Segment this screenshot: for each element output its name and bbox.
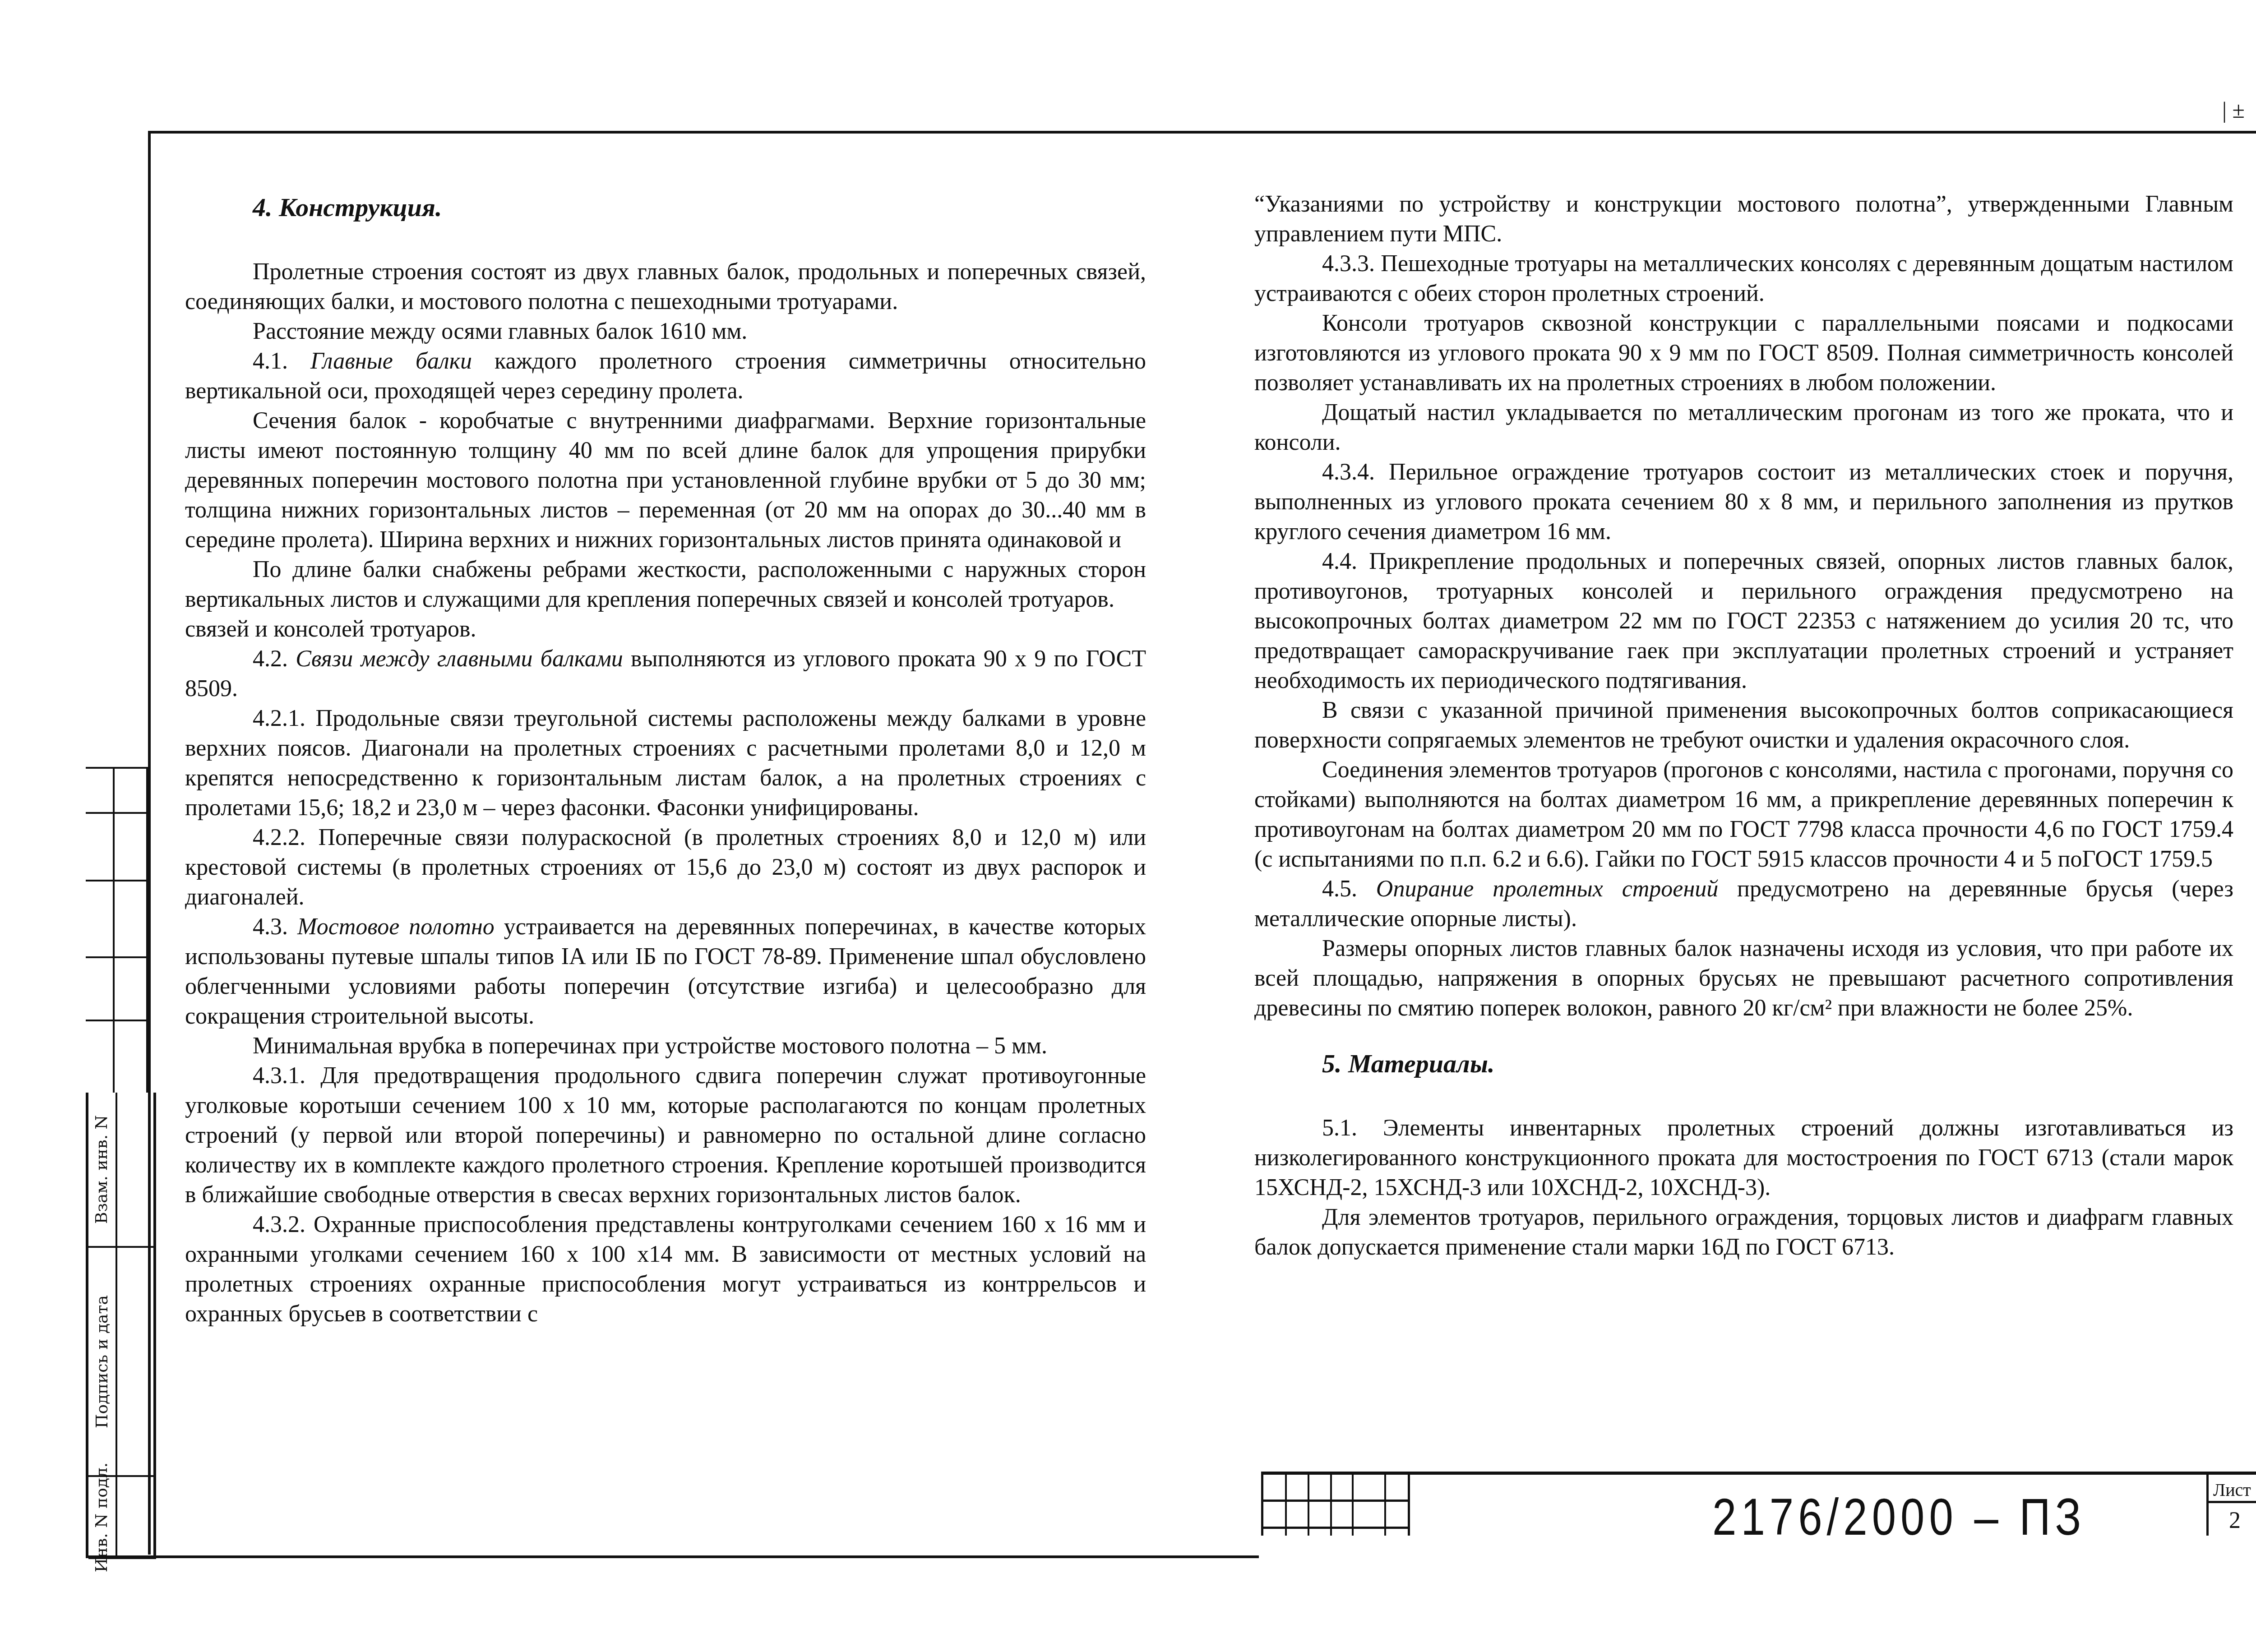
frame-bottom-line: [86, 1555, 1259, 1558]
sheet-number: 2: [2229, 1507, 2241, 1534]
paragraph: Пролетные строения состоят из двух главн…: [185, 257, 1146, 317]
revision-grid: [1261, 1475, 1410, 1536]
paragraph-4-3-2: 4.3.2. Охранные приспособления представл…: [185, 1210, 1146, 1329]
paragraph-4-3-4: 4.3.4. Перильное ограждение тротуаров со…: [1254, 457, 2233, 547]
paragraph: В связи с указанной причиной применения …: [1254, 696, 2233, 755]
document-code: 2176/2000 – ПЗ: [1712, 1488, 2086, 1547]
corner-mark: | ±: [2222, 97, 2245, 123]
paragraph: Для элементов тротуаров, перильного огра…: [1254, 1203, 2233, 1262]
stamp-cell-original-inv: Инв. N подл.: [88, 1477, 117, 1559]
paragraph-4-2-2: 4.2.2. Поперечные связи полураскосной (в…: [185, 823, 1146, 912]
paragraph-4-2-1: 4.2.1. Продольные связи треугольной сист…: [185, 704, 1146, 823]
paragraph: “Указаниями по устройству и конструкции …: [1254, 189, 2233, 249]
paragraph-4-3-3: 4.3.3. Пешеходные тротуары на металличес…: [1254, 249, 2233, 309]
paragraph: По длине балки снабжены ребрами жесткост…: [185, 555, 1146, 614]
paragraph: Размеры опорных листов главных балок наз…: [1254, 934, 2233, 1023]
section-5-heading: 5. Материалы.: [1322, 1046, 2233, 1082]
paragraph: Минимальная врубка в поперечинах при уст…: [185, 1031, 1146, 1061]
right-column: “Указаниями по устройству и конструкции …: [1254, 189, 2233, 1262]
paragraph-5-1: 5.1. Элементы инвентарных пролетных стро…: [1254, 1113, 2233, 1203]
paragraph-4-1: 4.1. Главные балки каждого пролетного ст…: [185, 346, 1146, 406]
paragraph-4-4: 4.4. Прикрепление продольных и поперечны…: [1254, 547, 2233, 696]
title-block: 2176/2000 – ПЗ Лист 2: [1261, 1472, 2256, 1542]
paragraph: Консоли тротуаров сквозной конструкции с…: [1254, 309, 2233, 398]
left-column: 4. Конструкция. Пролетные строения состо…: [185, 189, 1146, 1329]
paragraph: связей и консолей тротуаров.: [185, 614, 1146, 644]
paragraph: Сечения балок - коробчатые с внутренними…: [185, 406, 1146, 555]
stamp-cell-replacement-inv: Взам. инв. N: [88, 1093, 117, 1248]
section-4-heading: 4. Конструкция.: [253, 189, 1146, 226]
sheet-number-box: Лист 2: [2206, 1475, 2256, 1536]
sheet-label: Лист: [2213, 1479, 2251, 1500]
paragraph: Дощатый настил укладывается по металличе…: [1254, 398, 2233, 457]
paragraph-4-2: 4.2. Связи между главными балками выполн…: [185, 644, 1146, 704]
stamp-cell-signature-date: Подпись и дата: [88, 1248, 117, 1477]
paragraph: Соединения элементов тротуаров (прогонов…: [1254, 755, 2233, 874]
paragraph-4-5: 4.5. Опирание пролетных строений предусм…: [1254, 874, 2233, 934]
paragraph-4-3-1: 4.3.1. Для предотвращения продольного сд…: [185, 1061, 1146, 1210]
paragraph-4-3: 4.3. Мостовое полотно устраивается на де…: [185, 912, 1146, 1031]
side-stamp: Взам. инв. N Подпись и дата Инв. N подл.: [86, 1093, 154, 1557]
stamp-upper-grid: [86, 767, 148, 1093]
paragraph: Расстояние между осями главных балок 161…: [185, 317, 1146, 346]
